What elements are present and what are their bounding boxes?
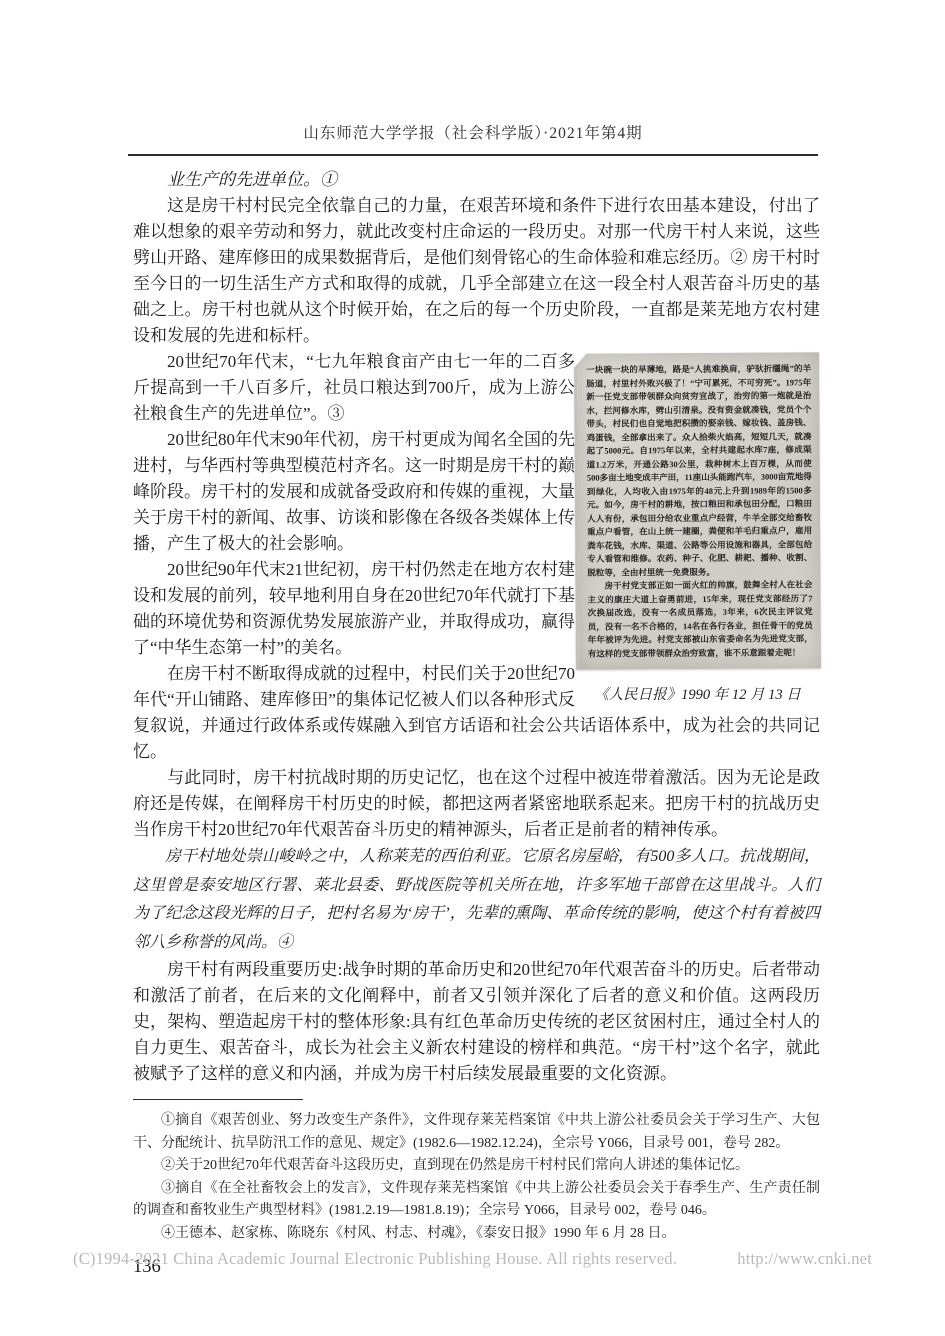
footnotes: ①摘自《艰苦创业、努力改变生产条件》，文件现存莱芜档案馆《中共上游公社委员会关于… xyxy=(133,1110,820,1245)
paragraph: 房干村有两段重要历史:战争时期的革命历史和20世纪70年代艰苦奋斗的历史。后者带… xyxy=(133,957,820,1087)
footnote-item: ④王德本、赵家栋、陈晓东《村风、村志、村魂》，《泰安日报》1990 年 6 月 … xyxy=(133,1223,820,1246)
clipping-caption: 《人民日报》1990 年 12 月 13 日 xyxy=(575,682,820,708)
newspaper-clipping-figure: 一块碗一块的旱薄地，路是“人挑难换肩，驴驮折缰绳”的羊肠道，村里村外败兴极了！“… xyxy=(575,353,820,708)
clipping-text: 房干村党支部正如一面火红的帅旗，鼓舞全村人在社会主义的康庄大道上奋勇前进，15年… xyxy=(587,578,812,660)
footnote-item: ①摘自《艰苦创业、努力改变生产条件》，文件现存莱芜档案馆《中共上游公社委员会关于… xyxy=(133,1110,820,1155)
footnote-item: ②关于20世纪70年代艰苦奋斗这段历史，直到现在仍然是房干村村民们常向人讲述的集… xyxy=(133,1155,820,1178)
cnki-url: http://www.cnki.net xyxy=(737,1249,872,1269)
copyright-notice: (C)1994-2021 China Academic Journal Elec… xyxy=(73,1249,677,1269)
page-footer: (C)1994-2021 China Academic Journal Elec… xyxy=(73,1249,872,1269)
footnote-item: ③摘自《在全社畜牧会上的发言》，文件现存莱芜档案馆《中共上游公社委员会关于春季生… xyxy=(133,1178,820,1223)
paragraph: 这是房干村村民完全依靠自己的力量，在艰苦环境和条件下进行农田基本建设，付出了难以… xyxy=(133,193,820,349)
journal-page: 山东师范大学学报（社会科学版）·2021年第4期 业生产的先进单位。① 这是房干… xyxy=(0,0,945,1336)
quote-continuation-line: 业生产的先进单位。① xyxy=(133,167,820,193)
footnote-divider xyxy=(133,1099,303,1100)
journal-header: 山东师范大学学报（社会科学版）·2021年第4期 xyxy=(128,121,818,143)
block-quote: 房干村地处崇山峻岭之中，人称莱芜的西伯利亚。它原名房屋峪，有500多人口。抗战期… xyxy=(133,843,820,957)
clipping-text: 一块碗一块的旱薄地，路是“人挑难换肩，驴驮折缰绳”的羊肠道，村里村外败兴极了！“… xyxy=(586,362,812,579)
article-body: 业生产的先进单位。① 这是房干村村民完全依靠自己的力量，在艰苦环境和条件下进行农… xyxy=(133,167,820,1280)
header-rule xyxy=(128,154,818,156)
paragraph: 与此同时，房干村抗战时期的历史记忆，也在这个过程中被连带着激活。因为无论是政府还… xyxy=(133,765,820,843)
newspaper-clipping-image: 一块碗一块的旱薄地，路是“人挑难换肩，驴驮折缰绳”的羊肠道，村里村外败兴极了！“… xyxy=(574,352,821,669)
